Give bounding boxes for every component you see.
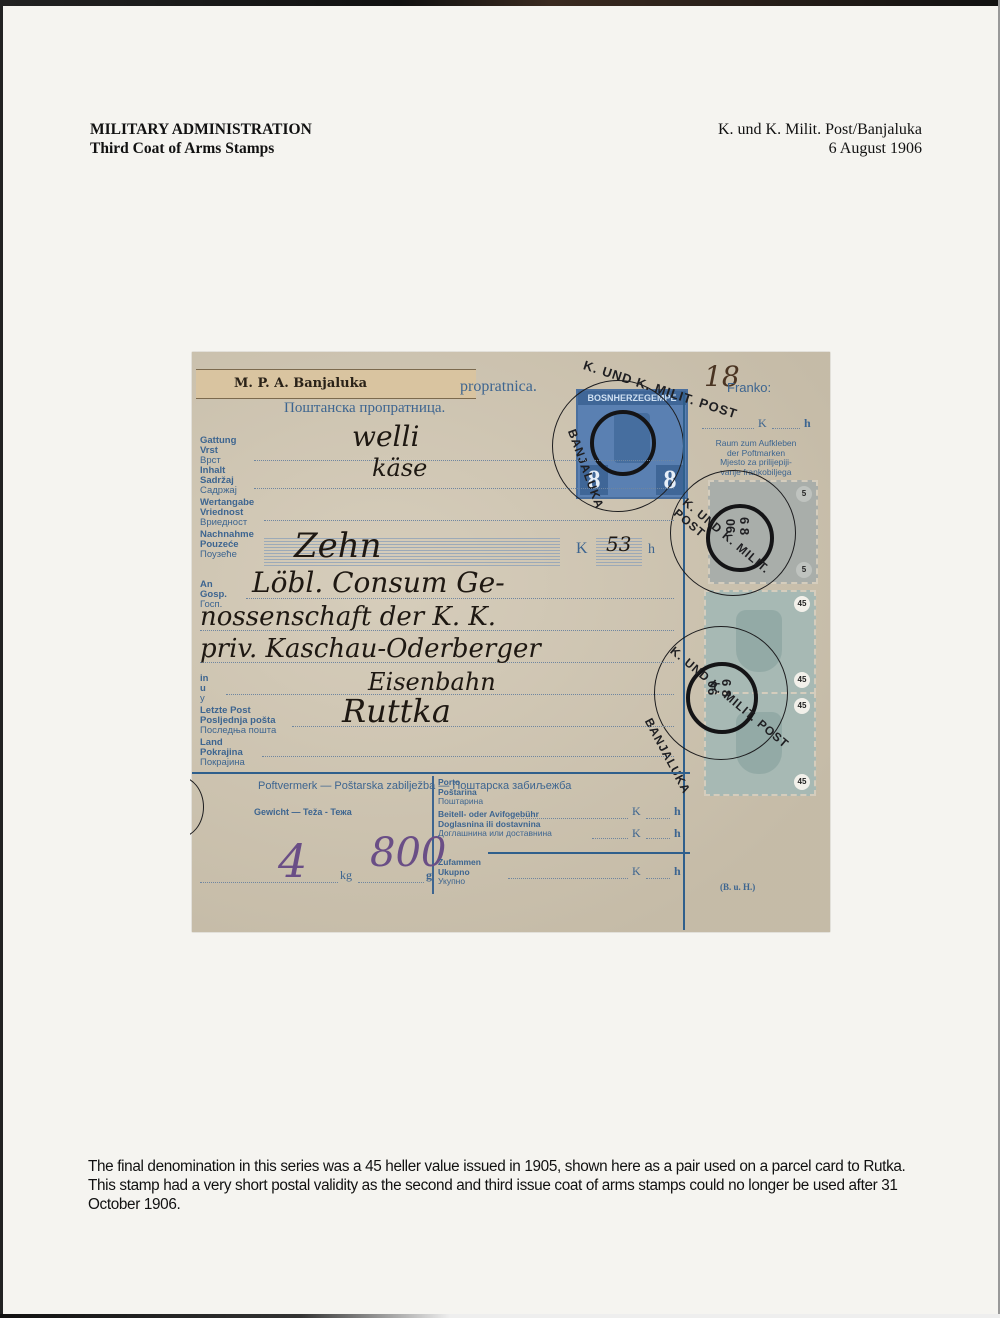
charge-k-label: K: [632, 864, 641, 879]
label-cyr: Поузеће: [200, 550, 254, 560]
charge-h-line: [646, 818, 670, 819]
total-divider: [488, 852, 690, 854]
post-office-name: K. und K. Milit. Post/Banjaluka: [718, 120, 922, 139]
label-cyr: Укупно: [438, 877, 481, 887]
handwritten-weight-kg: 4: [278, 834, 307, 888]
scan-border-left: [0, 0, 3, 1318]
stamp-area-note: Raum zum Aufkleben der Poftmarken Mjesto…: [696, 439, 816, 477]
album-page-heading: MILITARY ADMINISTRATION Third Coat of Ar…: [90, 120, 312, 158]
stamp-value-badge: 5: [796, 486, 812, 502]
field-label-wertangabe: Wertangabe Vriednost Вриедност: [200, 498, 254, 528]
franko-k-dots: [702, 428, 754, 429]
field-label-letzte-post: Letzte Post Posljednja pošta Последња по…: [200, 706, 276, 736]
printer-mark: (B. u. H.): [720, 882, 755, 892]
field-label-in: in u у: [200, 674, 208, 704]
label-cyr: Садржај: [200, 486, 237, 496]
field-line: [262, 756, 674, 757]
date-day: 6: [737, 517, 752, 524]
sender-label-strip: M. P. A. Banjaluka: [196, 369, 476, 399]
heading-subtitle: Third Coat of Arms Stamps: [90, 139, 312, 158]
heading-title: MILITARY ADMINISTRATION: [90, 120, 312, 139]
charge-h-label: h: [674, 804, 681, 819]
scan-border-bottom: [0, 1314, 1000, 1318]
handwritten-cod-value: 53: [606, 532, 631, 556]
cod-h-label: h: [648, 542, 655, 558]
charge-k-label: K: [632, 804, 641, 819]
partial-postmark-icon: [154, 776, 204, 838]
franko-label: Franko:: [727, 380, 771, 395]
weight-label: Gewicht — Teža - Тежа: [254, 807, 352, 817]
field-line: [264, 520, 674, 521]
label-cyr: у: [200, 694, 208, 704]
handwritten-destination: Ruttka: [342, 692, 451, 730]
stamp-value-badge: 45: [794, 672, 810, 688]
handwritten-weight-g: 800: [370, 830, 446, 876]
card-title-cyrillic: Поштанска пропратница.: [284, 400, 445, 417]
charge-label-total: Zufammen Ukupno Укупно: [438, 858, 481, 887]
perforated-edge: [192, 348, 830, 356]
stamp-value-badge: 5: [796, 562, 812, 578]
label-cyr: Покрајина: [200, 758, 245, 768]
charge-label-bestell: Beitell- oder Avifogebühr Doglasnina ili…: [438, 810, 552, 839]
handwritten-address-line-1: nossenschaft der K. K.: [200, 602, 496, 632]
label-cyr: Последња пошта: [200, 726, 276, 736]
page-caption: The final denomination in this series wa…: [88, 1157, 928, 1214]
scan-border-top: [0, 0, 1000, 6]
sender-label-text: M. P. A. Banjaluka: [234, 376, 367, 391]
charge-line: [508, 878, 628, 879]
postal-note-title: Poftvermerk — Poštarska zabilježba — Пош…: [258, 780, 571, 792]
weight-kg-line: [200, 882, 338, 883]
handwritten-addressee: Löbl. Consum Ge-: [252, 566, 505, 599]
charge-line: [592, 838, 628, 839]
field-line: [254, 488, 674, 489]
album-page-postmark-info: K. und K. Milit. Post/Banjaluka 6 August…: [718, 120, 922, 158]
charge-h-label: h: [674, 826, 681, 841]
charge-h-label: h: [674, 864, 681, 879]
franko-k-label: K: [758, 416, 767, 431]
section-divider: [192, 772, 690, 774]
kg-label: kg: [340, 868, 352, 883]
stamp-value-badge: 45: [794, 774, 810, 790]
field-label-gattung: Gattung Vrst Врст: [200, 436, 236, 466]
label-cyr: Вриедност: [200, 518, 254, 528]
label-cyr: Поштарина: [438, 797, 483, 807]
handwritten-inhalt: käse: [372, 454, 427, 482]
weight-g-line: [358, 882, 424, 883]
field-line: [254, 460, 674, 461]
charge-k-label: K: [632, 826, 641, 841]
handwritten-address-line-2: priv. Kaschau-Oderberger: [200, 634, 541, 664]
field-label-inhalt: Inhalt Sadržaj Садржај: [200, 466, 237, 496]
franko-h-dots: [772, 428, 800, 429]
handwritten-cod-words: Zehn: [294, 526, 382, 566]
handwritten-gattung: welli: [352, 420, 419, 453]
charge-h-line: [646, 878, 670, 879]
postmark-date: 6 August 1906: [718, 139, 922, 158]
charge-h-line: [646, 838, 670, 839]
field-label-land: Land Pokrajina Покрајина: [200, 738, 245, 768]
stamp-value-badge: 45: [794, 698, 810, 714]
label-cyr: Доглашнина или доставнина: [438, 829, 552, 839]
charge-label-porto: Porto Poštarina Поштарина: [438, 778, 483, 807]
parcel-card: M. P. A. Banjaluka propratnica. Поштанск…: [192, 352, 830, 932]
cod-k-label: K: [576, 540, 588, 558]
field-label-nachnahme: Nachnahme Pouzeće Поузеће: [200, 530, 254, 560]
date-month: 8: [737, 528, 752, 535]
franko-h-label: h: [804, 416, 811, 431]
postmark-center-icon: [590, 410, 656, 476]
card-title-latin: propratnica.: [460, 378, 537, 396]
